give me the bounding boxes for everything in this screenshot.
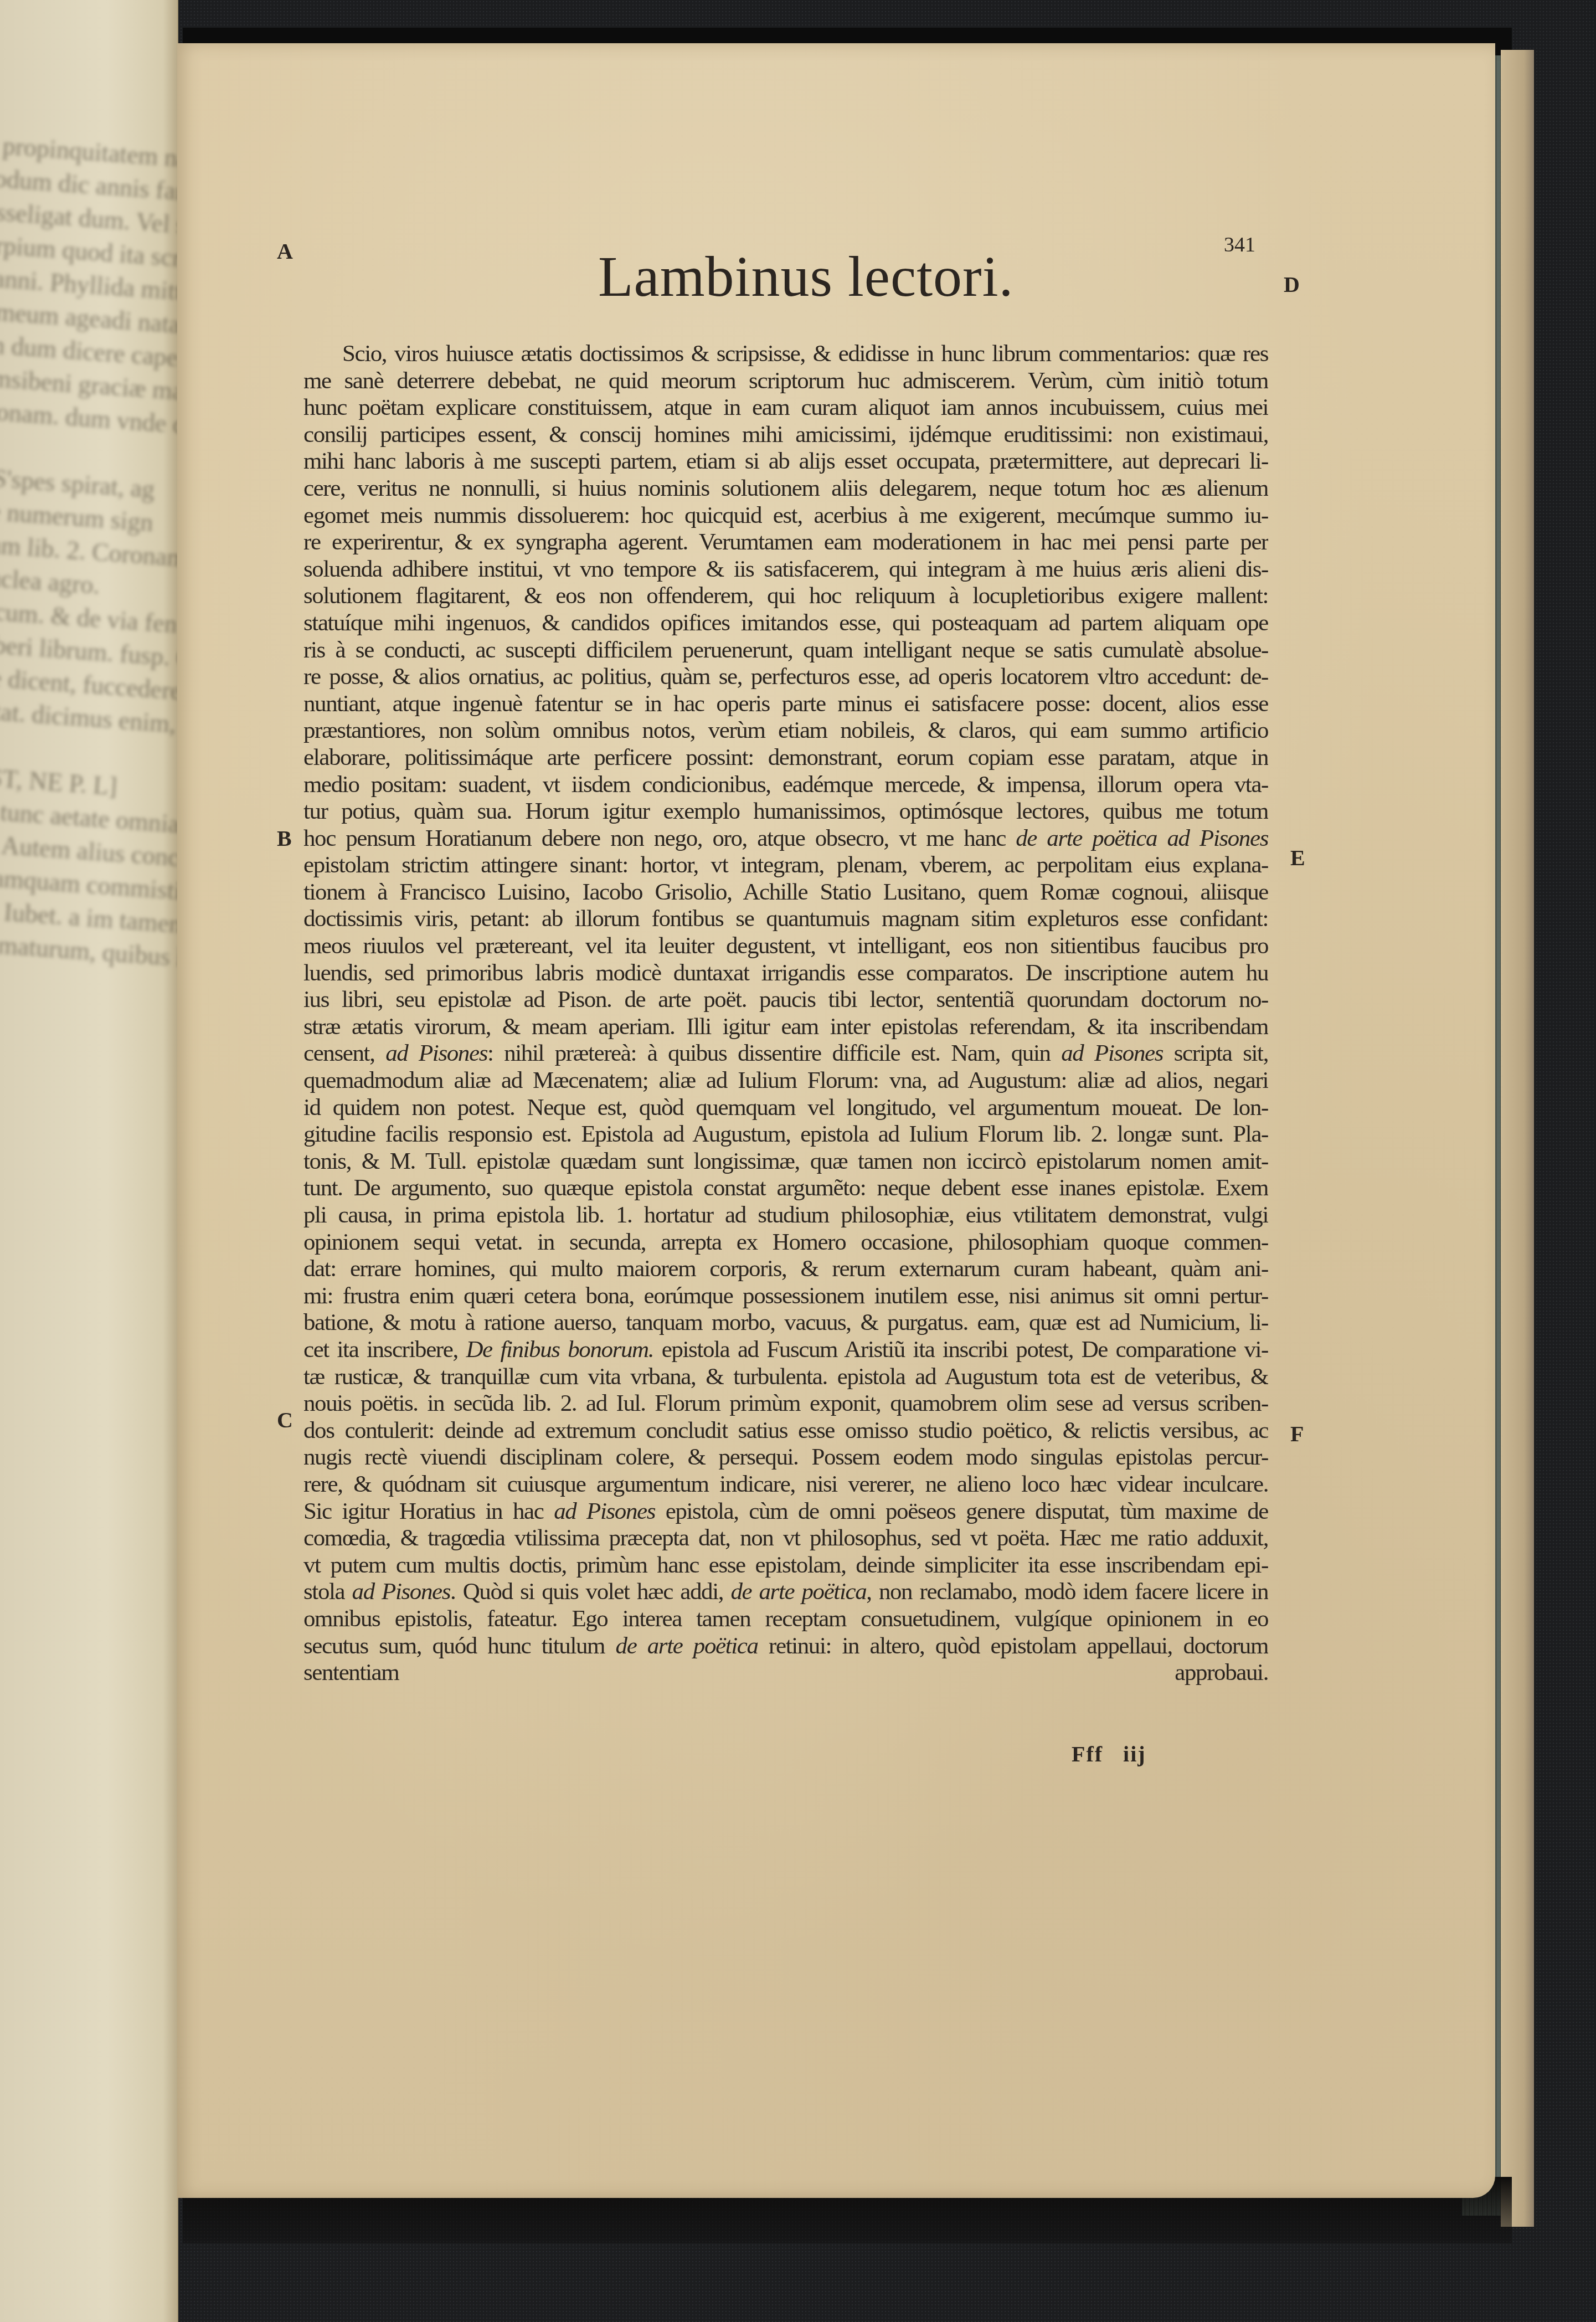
facing-left-page: m propinquitatem nat- modum dic annis fa… [0, 0, 178, 2322]
text-line: soluenda adhibere institui, vt vno tempo… [303, 556, 1268, 583]
text-line: dos contulerit: deinde ad extremum concl… [303, 1417, 1268, 1445]
text-line: mi: frustra enim quæri cetera bona, eorú… [303, 1283, 1268, 1310]
text-line: Sic igitur Horatius in hac ad Pisones ep… [303, 1498, 1268, 1525]
text-line: re posse, & alios ornatius, ac politius,… [303, 664, 1268, 691]
text-line: gitudine facilis responsio est. Epistola… [303, 1121, 1268, 1148]
page-number: 341 [1224, 233, 1255, 257]
text-line: tonis, & M. Tull. epistolæ quædam sunt l… [303, 1148, 1268, 1175]
text-line: batione, & motu à ratione auerso, tanqua… [303, 1309, 1268, 1337]
text-line: luendis, sed primoribus labris modicè du… [303, 960, 1268, 987]
text-line: ris à se conducti, ac suscepti difficile… [303, 637, 1268, 664]
text-line: egomet meis nummis dissoluerem: hoc quic… [303, 502, 1268, 530]
text-line: pli causa, in prima epistola lib. 1. hor… [303, 1202, 1268, 1229]
text-line: quemadmodum aliæ ad Mæcenatem; aliæ ad I… [303, 1067, 1268, 1095]
text-line: tunt. De argumento, suo quæque epistola … [303, 1175, 1268, 1202]
text-line: tæ rusticæ, & tranquillæ cum vita vrbana… [303, 1364, 1268, 1391]
text-line: solutionem flagitarent, & eos non offend… [303, 583, 1268, 610]
margin-letter-b: B [277, 825, 292, 851]
facing-page-blurred-text: m propinquitatem nat- modum dic annis fa… [0, 127, 166, 969]
margin-letter-a: A [277, 238, 293, 264]
text-line: mihi hanc laboris à me suscepti partem, … [303, 448, 1268, 475]
text-line: opinionem sequi vetat. in secunda, arrep… [303, 1229, 1268, 1256]
text-line: me sanè deterrere debebat, ne quid meoru… [303, 368, 1268, 395]
text-line: medio positam: suadent, vt iisdem condic… [303, 772, 1268, 799]
text-line: secutus sum, quód hunc titulum de arte p… [303, 1633, 1268, 1660]
margin-letter-f: F [1290, 1421, 1304, 1447]
text-line: comœdia, & tragœdia vtilissima præcepta … [303, 1525, 1268, 1552]
text-line: præstantiores, non solùm omnibus notos, … [303, 717, 1268, 744]
text-line: cere, veritus ne nonnulli, si huius nomi… [303, 475, 1268, 502]
preface-body: Scio, viros huiusce ætatis doctissimos &… [303, 341, 1268, 1687]
text-line: censent, ad Pisones: nihil prætereà: à q… [303, 1040, 1268, 1067]
margin-letter-c: C [277, 1407, 293, 1433]
text-line: stola ad Pisones. Quòd si quis volet hæc… [303, 1579, 1268, 1606]
book-cover-edge [1501, 50, 1534, 2227]
text-line: stræ ætatis virorum, & meam aperiam. Ill… [303, 1014, 1268, 1041]
text-line: nouis poëtis. in secũda lib. 2. ad Iul. … [303, 1390, 1268, 1417]
text-line: re experirentur, & ex syngrapha agerent.… [303, 529, 1268, 556]
text-line: nuntiant, atque ingenuè fatentur se in h… [303, 691, 1268, 718]
text-line: hoc pensum Horatianum debere non nego, o… [303, 825, 1268, 852]
text-line: vt putem cum multis doctis, primùm hanc … [303, 1552, 1268, 1579]
text-line: epistolam strictim attingere sinant: hor… [303, 852, 1268, 879]
text-line: consilij participes essent, & conscij ho… [303, 422, 1268, 449]
text-line: Scio, viros huiusce ætatis doctissimos &… [303, 341, 1268, 368]
text-line: doctissimis viris, petant: ab illorum fo… [303, 906, 1268, 933]
text-line: tur potius, quàm sua. Horum igitur exemp… [303, 798, 1268, 825]
text-line: cet ita inscribere, De finibus bonorum. … [303, 1337, 1268, 1364]
text-line: ius libri, seu epistolæ ad Pison. de art… [303, 987, 1268, 1014]
page-title: Lambinus lectori. [598, 244, 1014, 310]
margin-letter-e: E [1290, 845, 1305, 871]
text-line: elaborare, politissimáque arte perficere… [303, 744, 1268, 772]
text-line: nugis rectè viuendi disciplinam colere, … [303, 1444, 1268, 1471]
text-line: rere, & quódnam sit cuiusque argumentum … [303, 1471, 1268, 1498]
text-line: hunc poëtam explicare constituissem, atq… [303, 394, 1268, 422]
text-line: id quidem non potest. Neque est, quòd qu… [303, 1095, 1268, 1122]
text-line: dat: errare homines, qui multo maiorem c… [303, 1256, 1268, 1283]
margin-letter-d: D [1284, 271, 1300, 297]
signature-mark: Fff iij [1072, 1741, 1146, 1767]
text-line: meos riuulos vel prætereant, vel ita leu… [303, 933, 1268, 960]
text-line: omnibus epistolis, fateatur. Ego interea… [303, 1606, 1268, 1633]
text-line: sententiam approbaui. [303, 1660, 1268, 1687]
text-line: statuíque mihi ingenuos, & candidos opif… [303, 610, 1268, 637]
text-line: tionem à Francisco Luisino, Iacobo Griso… [303, 879, 1268, 906]
